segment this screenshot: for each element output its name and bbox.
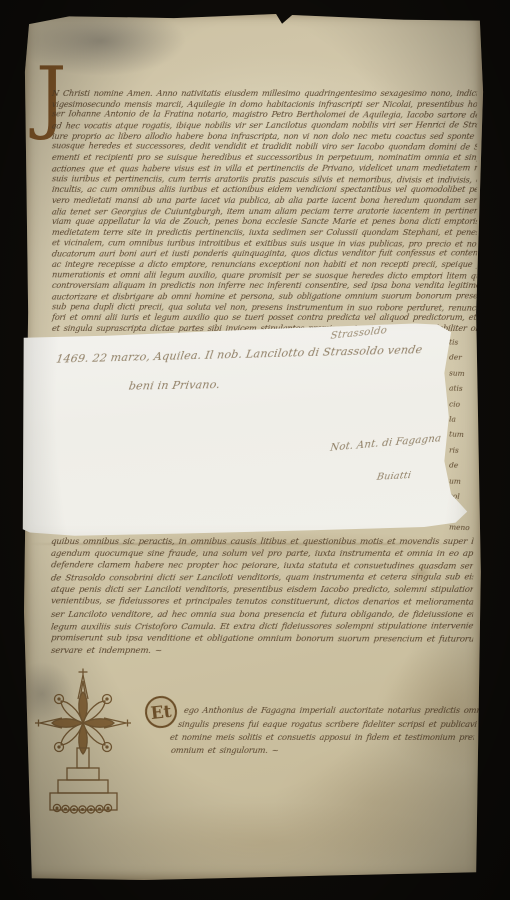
- manuscript-line: ac integre recepisse a dicto emptore, re…: [51, 259, 477, 270]
- line-ending-fragment: ris: [449, 445, 480, 461]
- manuscript-line: incultis, ac cum omnibus aliis iuribus e…: [51, 184, 477, 195]
- manuscript-line: fori et omni alii iuris et legum auxilio…: [51, 312, 477, 323]
- line-ending-fragment: meno: [449, 522, 480, 538]
- slip-notary-name: Not. Ant. di Fagagna: [330, 433, 442, 453]
- manuscript-line: ementi et recipienti pro se suisque here…: [51, 152, 477, 163]
- line-ending-fragment: la: [449, 414, 480, 430]
- manuscript-line: actiones que et quas habere visus est in…: [51, 162, 478, 174]
- decorated-initial-et: Et: [143, 694, 178, 729]
- line-ending-fragment: der: [449, 353, 480, 369]
- line-ending-fragment: tum: [449, 430, 480, 446]
- document-photo: J N Christi nomine Amen. Anno nativitati…: [0, 0, 510, 900]
- closing-clause-line: ego Anthonius de Fagagna imperiali aucto…: [183, 704, 481, 717]
- manuscript-line: agendum quocumque sine fraude, una solum…: [50, 548, 473, 560]
- manuscript-line: ad hec vocatis atque rogatis, ibique nob…: [51, 120, 478, 132]
- manuscript-line: de Strasoldo consobrini dicti ser Lancil…: [50, 572, 474, 585]
- slip-family-name: Strassoldo: [330, 325, 388, 342]
- manuscript-middle-text-block: quibus omnibus sic peractis, in omnibus …: [51, 536, 473, 657]
- manuscript-line: suosque heredes et successores, dedit ve…: [51, 141, 477, 153]
- manuscript-line: controversiam aliquam in predictis non i…: [51, 280, 477, 291]
- manuscript-line: legum auxiliis suis Cristoforo Camula. E…: [50, 620, 474, 633]
- notarial-signum-icon: [33, 668, 133, 820]
- slip-regest-line-2: beni in Privano.: [128, 378, 221, 393]
- manuscript-line: ser Lanciloto venditore, ad hec omnia su…: [50, 609, 473, 621]
- manuscript-upper-text-block: N Christi nomine Amen. Anno nativitatis …: [52, 88, 477, 334]
- manuscript-line: vero medietati mansi ab una parte iacet …: [51, 195, 477, 206]
- slip-regest-line-1: 1469. 22 marzo, Aquilea. Il nob. Lancilo…: [55, 343, 423, 366]
- line-ending-fragment: cio: [449, 399, 480, 415]
- line-ending-fragment: tis: [449, 338, 480, 354]
- manuscript-line: viam quae appellatur la via de Zouch, pe…: [51, 216, 477, 227]
- manuscript-line: promiserunt sub ipsa venditione et oblig…: [50, 632, 473, 645]
- manuscript-line: venientibus, se fideiussores et principa…: [50, 596, 473, 609]
- closing-clause-line: et nomine meis solitis et consuetis appo…: [169, 731, 475, 744]
- line-ending-fragment: de: [449, 461, 480, 477]
- line-ending-fragment: atis: [449, 384, 480, 400]
- closing-clause-line: singulis presens fui eaque rogatus scrib…: [177, 718, 479, 731]
- archivist-slip: Strassoldo 1469. 22 marzo, Aquilea. Il n…: [21, 318, 469, 538]
- manuscript-line: quibus omnibus sic peractis, in omnibus …: [50, 536, 473, 548]
- slip-secondary-note: Buiatti: [376, 470, 412, 483]
- manuscript-line: N Christi nomine Amen. Anno nativitatis …: [51, 88, 477, 99]
- manuscript-line: servare et indempnem. ~: [50, 645, 473, 657]
- closing-clause-line: omnium et singulorum. ~: [170, 744, 372, 757]
- line-ending-fragment: um: [449, 476, 480, 492]
- manuscript-line: medietatem terre site in predictis perti…: [51, 227, 477, 238]
- manuscript-line: ducatorum auri boni auri et iusti ponder…: [51, 248, 478, 260]
- line-ending-fragment: sum: [449, 368, 480, 384]
